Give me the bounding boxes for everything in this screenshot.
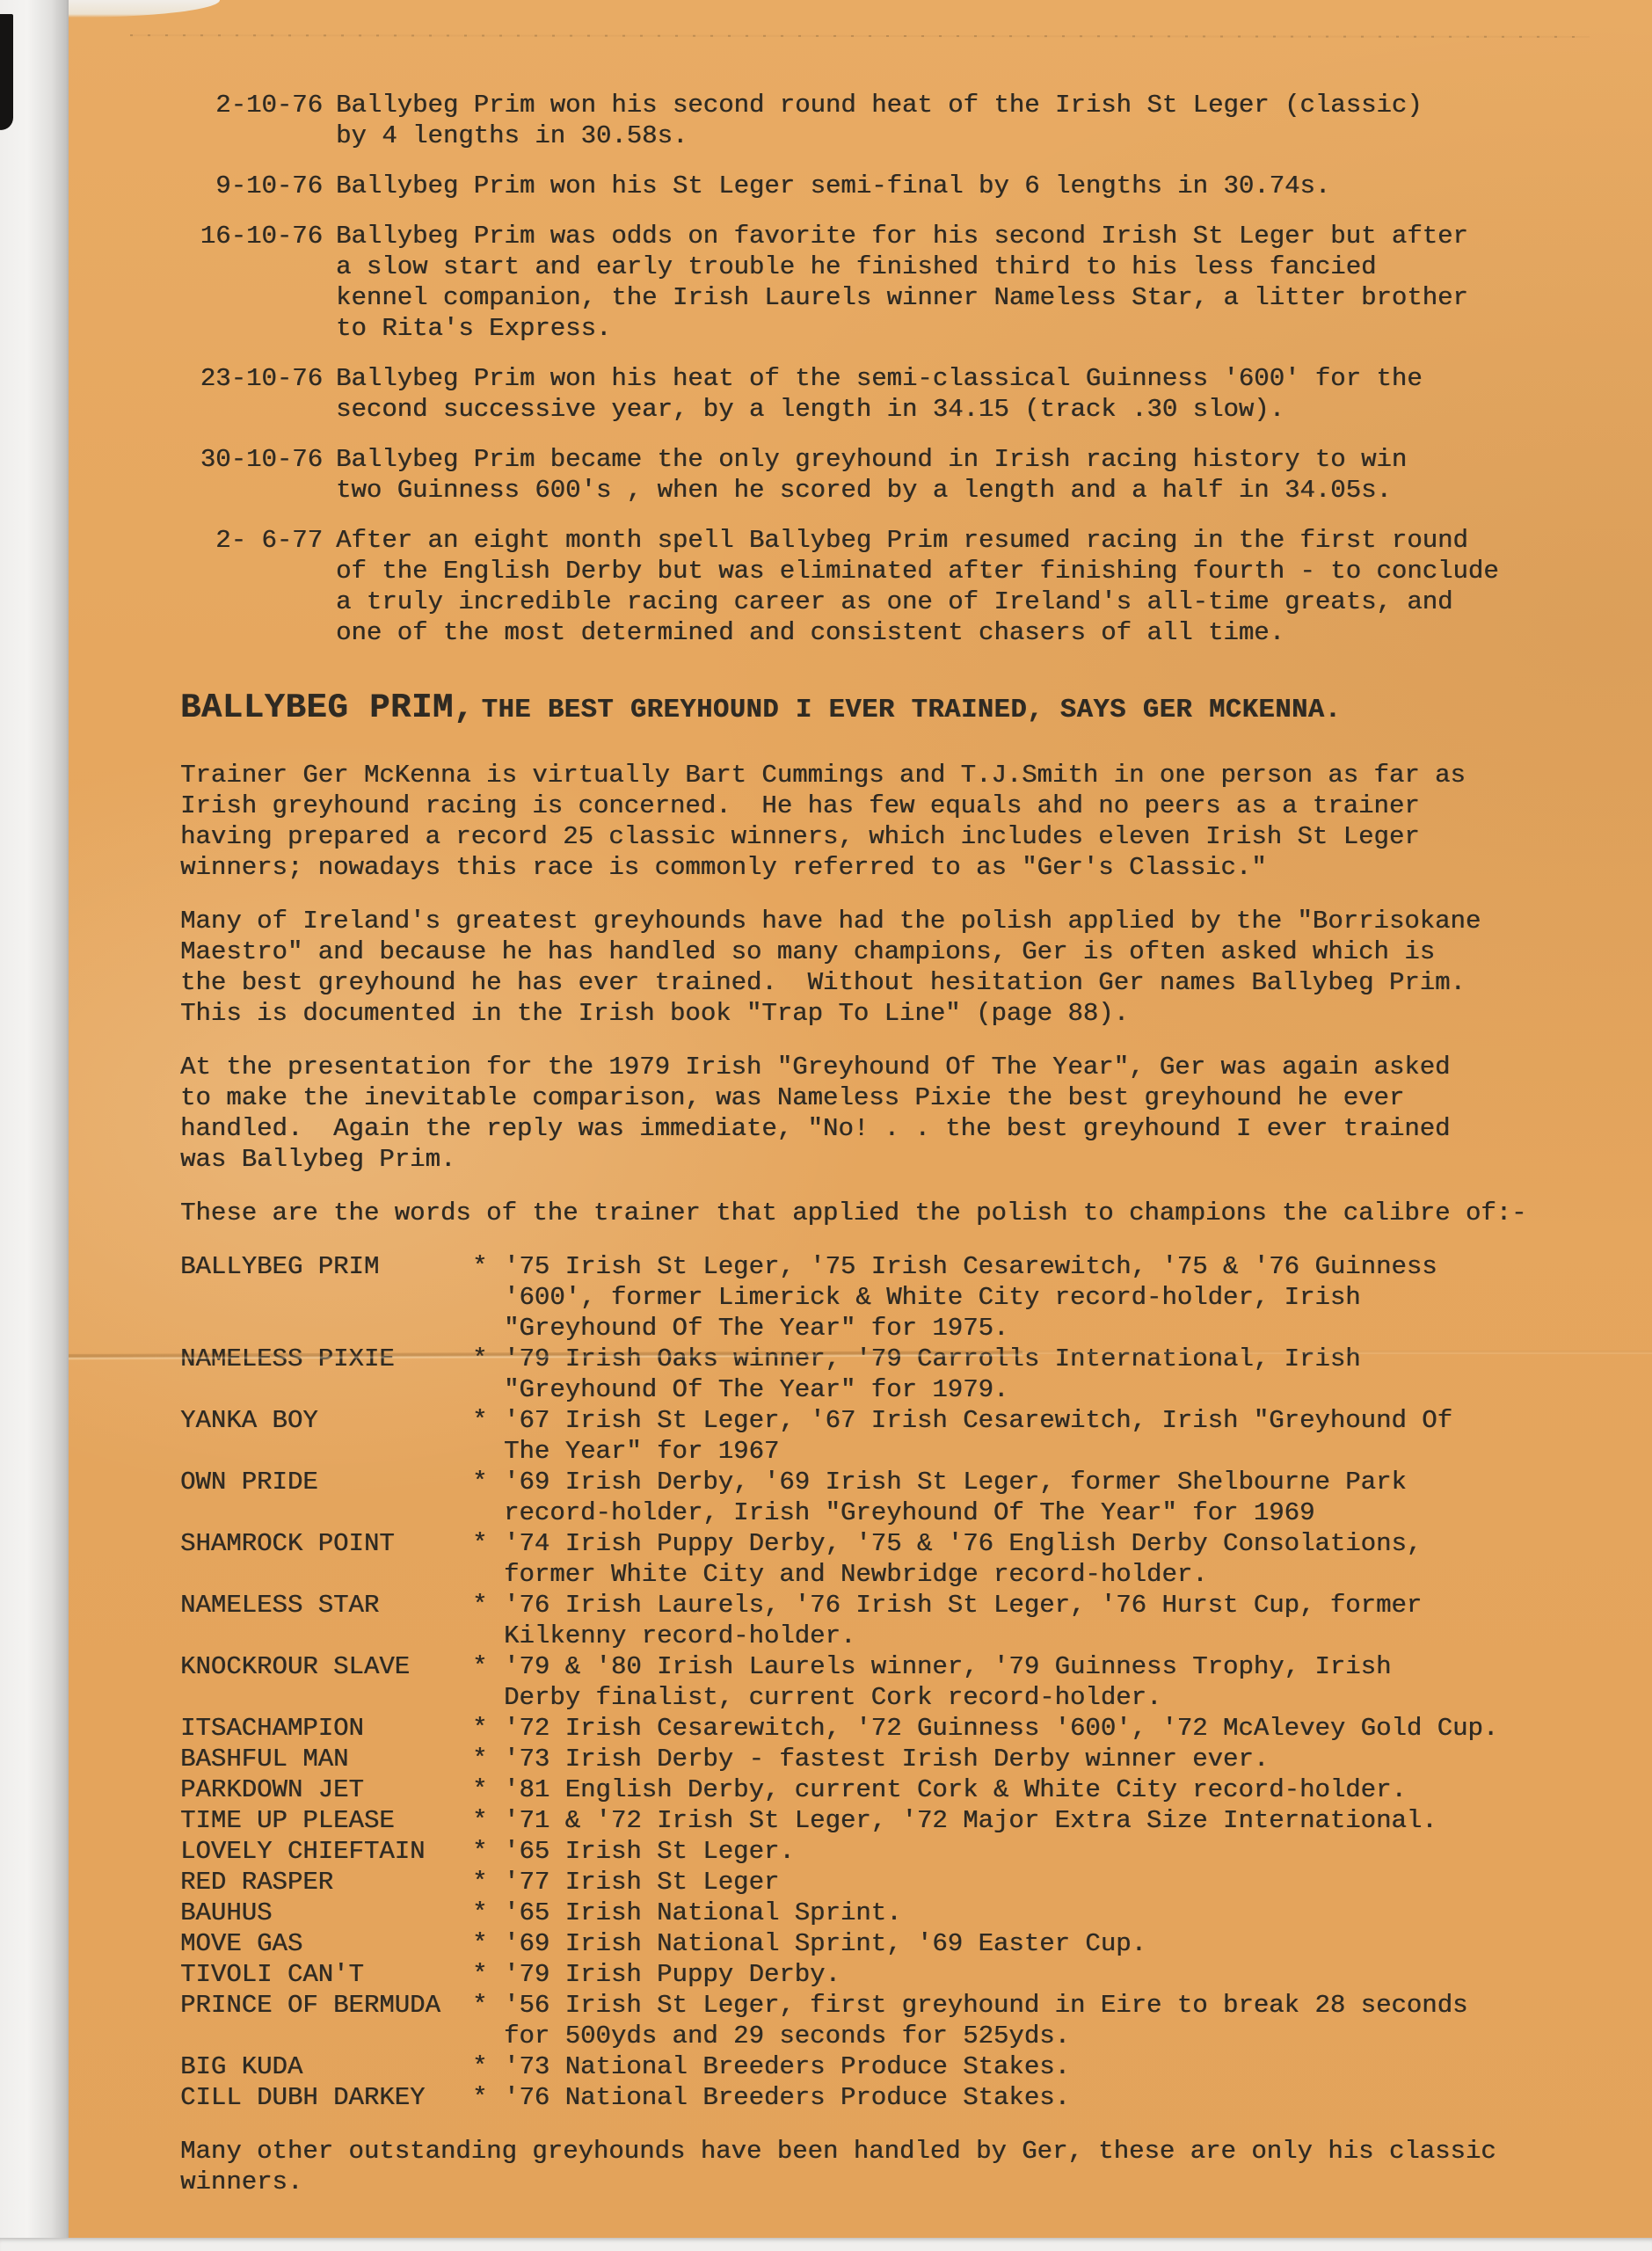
asterisk-bullet: * — [472, 1959, 504, 1990]
asterisk-bullet: * — [472, 1805, 504, 1836]
asterisk-bullet: * — [472, 1528, 504, 1590]
champion-row: RED RASPER * '77 Irish St Leger — [180, 1867, 1590, 1898]
champion-name: TIVOLI CAN'T — [180, 1959, 472, 1990]
timeline-date: 30-10-76 — [180, 444, 323, 506]
timeline-date: 23-10-76 — [180, 363, 323, 425]
champion-row: ITSACHAMPION * '72 Irish Cesarewitch, '7… — [180, 1713, 1590, 1744]
champion-honours: '69 Irish Derby, '69 Irish St Leger, for… — [504, 1467, 1590, 1528]
champion-name: CILL DUBH DARKEY — [180, 2082, 472, 2113]
timeline-text: Ballybeg Prim won his second round heat … — [336, 90, 1423, 151]
champion-honours: '74 Irish Puppy Derby, '75 & '76 English… — [504, 1528, 1590, 1590]
asterisk-bullet: * — [472, 1928, 504, 1959]
timeline-entry: 16-10-76 Ballybeg Prim was odds on favor… — [180, 221, 1590, 344]
asterisk-bullet: * — [472, 1405, 504, 1467]
closing-note: Many other outstanding greyhounds have b… — [180, 2136, 1590, 2197]
champion-honours: '56 Irish St Leger, first greyhound in E… — [504, 1990, 1590, 2051]
champion-name: BIG KUDA — [180, 2051, 472, 2082]
champion-honours: '76 National Breeders Produce Stakes. — [504, 2082, 1590, 2113]
champion-name: SHAMROCK POINT — [180, 1528, 472, 1590]
champions-list: BALLYBEG PRIM * '75 Irish St Leger, '75 … — [180, 1251, 1590, 2113]
champion-honours: '81 English Derby, current Cork & White … — [504, 1774, 1590, 1805]
scanner-shadow-sliver — [0, 14, 13, 130]
champion-name: BASHFUL MAN — [180, 1744, 472, 1774]
scanner-edge-left — [0, 0, 69, 2251]
champion-honours: '73 National Breeders Produce Stakes. — [504, 2051, 1590, 2082]
champion-name: PARKDOWN JET — [180, 1774, 472, 1805]
champion-name: ITSACHAMPION — [180, 1713, 472, 1744]
asterisk-bullet: * — [472, 2082, 504, 2113]
champion-row: OWN PRIDE * '69 Irish Derby, '69 Irish S… — [180, 1467, 1590, 1528]
asterisk-bullet: * — [472, 2051, 504, 2082]
champion-row: PARKDOWN JET * '81 English Derby, curren… — [180, 1774, 1590, 1805]
champion-honours: '79 & '80 Irish Laurels winner, '79 Guin… — [504, 1651, 1590, 1713]
champion-row: TIME UP PLEASE * '71 & '72 Irish St Lege… — [180, 1805, 1590, 1836]
timeline-entry: 2- 6-77 After an eight month spell Bally… — [180, 525, 1590, 648]
champion-honours: '65 Irish St Leger. — [504, 1836, 1590, 1867]
timeline-entry: 23-10-76 Ballybeg Prim won his heat of t… — [180, 363, 1590, 425]
paragraph-borrisokane-maestro: Many of Ireland's greatest greyhounds ha… — [180, 906, 1590, 1029]
asterisk-bullet: * — [472, 1990, 504, 2051]
asterisk-bullet: * — [472, 1651, 504, 1713]
champion-honours: '69 Irish National Sprint, '69 Easter Cu… — [504, 1928, 1590, 1959]
timeline-date: 2- 6-77 — [180, 525, 323, 648]
champion-name: NAMELESS STAR — [180, 1590, 472, 1651]
timeline-entry: 9-10-76 Ballybeg Prim won his St Leger s… — [180, 171, 1590, 201]
champion-name: LOVELY CHIEFTAIN — [180, 1836, 472, 1867]
champion-honours: '65 Irish National Sprint. — [504, 1898, 1590, 1928]
champion-honours: '67 Irish St Leger, '67 Irish Cesarewitc… — [504, 1405, 1590, 1467]
paragraph-1979-presentation: At the presentation for the 1979 Irish "… — [180, 1052, 1590, 1175]
asterisk-bullet: * — [472, 1590, 504, 1651]
crease-line-top — [130, 34, 1590, 38]
champion-name: YANKA BOY — [180, 1405, 472, 1467]
paragraph-trainer-intro: Trainer Ger McKenna is virtually Bart Cu… — [180, 760, 1590, 883]
timeline-entry: 2-10-76 Ballybeg Prim won his second rou… — [180, 90, 1590, 151]
champion-honours: '79 Irish Puppy Derby. — [504, 1959, 1590, 1990]
champion-row: BIG KUDA * '73 National Breeders Produce… — [180, 2051, 1590, 2082]
article-headline: BALLYBEG PRIM,THE BEST GREYHOUND I EVER … — [180, 688, 1590, 726]
champion-row: BAUHUS * '65 Irish National Sprint. — [180, 1898, 1590, 1928]
champion-name: TIME UP PLEASE — [180, 1805, 472, 1836]
champion-honours: '77 Irish St Leger — [504, 1867, 1590, 1898]
timeline-entry: 30-10-76 Ballybeg Prim became the only g… — [180, 444, 1590, 506]
champion-name: MOVE GAS — [180, 1928, 472, 1959]
champion-row: KNOCKROUR SLAVE * '79 & '80 Irish Laurel… — [180, 1651, 1590, 1713]
champion-name: RED RASPER — [180, 1867, 472, 1898]
asterisk-bullet: * — [472, 1867, 504, 1898]
scanner-edge-bottom — [0, 2238, 1652, 2251]
asterisk-bullet: * — [472, 1467, 504, 1528]
paragraph-champions-lead-in: These are the words of the trainer that … — [180, 1198, 1590, 1228]
champion-name: BALLYBEG PRIM — [180, 1251, 472, 1344]
champion-row: SHAMROCK POINT * '74 Irish Puppy Derby, … — [180, 1528, 1590, 1590]
champion-row: MOVE GAS * '69 Irish National Sprint, '6… — [180, 1928, 1590, 1959]
timeline-date: 16-10-76 — [180, 221, 323, 344]
champion-name: BAUHUS — [180, 1898, 472, 1928]
champion-honours: '75 Irish St Leger, '75 Irish Cesarewitc… — [504, 1251, 1590, 1344]
timeline-text: Ballybeg Prim won his heat of the semi-c… — [336, 363, 1423, 425]
asterisk-bullet: * — [472, 1774, 504, 1805]
timeline-date: 9-10-76 — [180, 171, 323, 201]
paper-corner-curl — [69, 0, 220, 18]
timeline-text: Ballybeg Prim was odds on favorite for h… — [336, 221, 1468, 344]
champion-name: PRINCE OF BERMUDA — [180, 1990, 472, 2051]
champion-row: NAMELESS STAR * '76 Irish Laurels, '76 I… — [180, 1590, 1590, 1651]
timeline-text: After an eight month spell Ballybeg Prim… — [336, 525, 1499, 648]
champion-row: BALLYBEG PRIM * '75 Irish St Leger, '75 … — [180, 1251, 1590, 1344]
champion-row: BASHFUL MAN * '73 Irish Derby - fastest … — [180, 1744, 1590, 1774]
race-timeline: 2-10-76 Ballybeg Prim won his second rou… — [180, 90, 1590, 648]
champion-row: CILL DUBH DARKEY * '76 National Breeders… — [180, 2082, 1590, 2113]
champion-name: OWN PRIDE — [180, 1467, 472, 1528]
asterisk-bullet: * — [472, 1836, 504, 1867]
asterisk-bullet: * — [472, 1744, 504, 1774]
champion-row: PRINCE OF BERMUDA * '56 Irish St Leger, … — [180, 1990, 1590, 2051]
document-page: 2-10-76 Ballybeg Prim won his second rou… — [69, 0, 1652, 2238]
champion-row: LOVELY CHIEFTAIN * '65 Irish St Leger. — [180, 1836, 1590, 1867]
timeline-text: Ballybeg Prim won his St Leger semi-fina… — [336, 171, 1330, 201]
champion-name: KNOCKROUR SLAVE — [180, 1651, 472, 1713]
champion-honours: '72 Irish Cesarewitch, '72 Guinness '600… — [504, 1713, 1590, 1744]
champion-honours: '73 Irish Derby - fastest Irish Derby wi… — [504, 1744, 1590, 1774]
headline-lead: BALLYBEG PRIM, — [180, 688, 475, 727]
fold-crease-faint — [1018, 1351, 1652, 1354]
asterisk-bullet: * — [472, 1713, 504, 1744]
scanned-document: { "colors": { "paper": "#e6a75f", "ink":… — [0, 0, 1652, 2251]
champion-row: TIVOLI CAN'T * '79 Irish Puppy Derby. — [180, 1959, 1590, 1990]
timeline-date: 2-10-76 — [180, 90, 323, 151]
champion-row: YANKA BOY * '67 Irish St Leger, '67 Iris… — [180, 1405, 1590, 1467]
asterisk-bullet: * — [472, 1251, 504, 1344]
headline-rest: THE BEST GREYHOUND I EVER TRAINED, SAYS … — [482, 696, 1342, 725]
champion-honours: '71 & '72 Irish St Leger, '72 Major Extr… — [504, 1805, 1590, 1836]
timeline-text: Ballybeg Prim became the only greyhound … — [336, 444, 1407, 506]
asterisk-bullet: * — [472, 1898, 504, 1928]
champion-honours: '76 Irish Laurels, '76 Irish St Leger, '… — [504, 1590, 1590, 1651]
